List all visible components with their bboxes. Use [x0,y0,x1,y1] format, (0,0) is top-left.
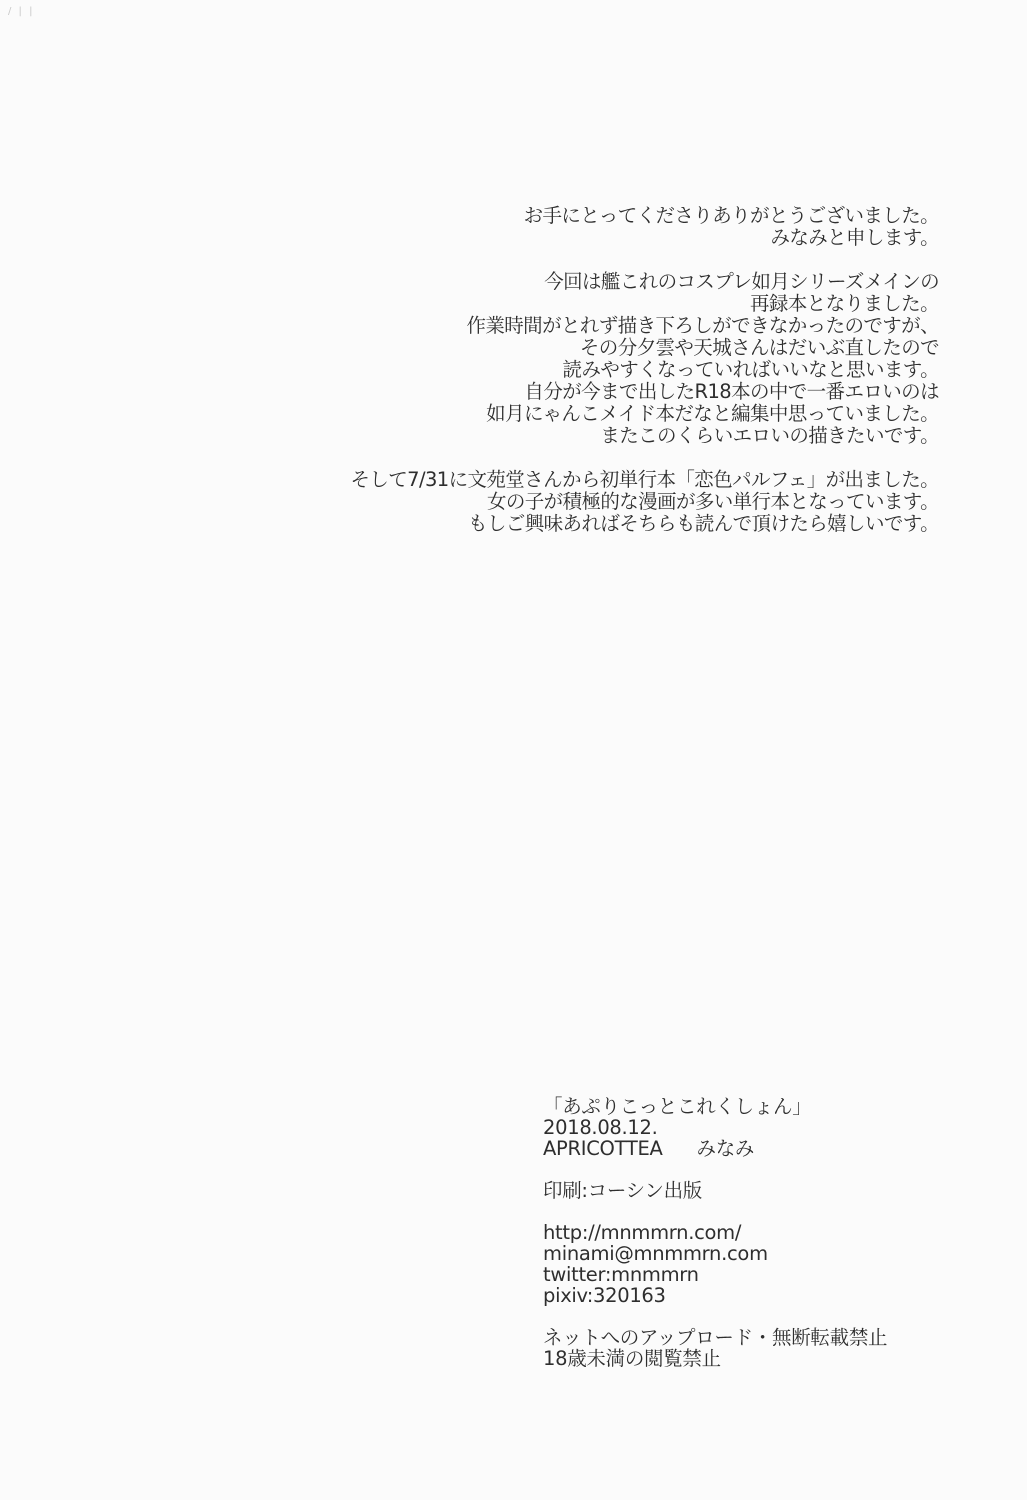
afterword-line: その分夕雲や天城さんはだいぶ直したので [350,337,939,359]
afterword: お手にとってくださりありがとうございました。 みなみと申します。 今回は艦これの… [350,205,939,557]
afterword-paragraph-book: 今回は艦これのコスプレ如月シリーズメインの 再録本となりました。 作業時間がとれ… [350,271,939,447]
afterword-paragraph-tankobon: そして7/31に文苑堂さんから初単行本「恋色パルフェ」が出ました。 女の子が積極… [350,469,939,535]
colophon-contacts: http://mnmmrn.com/ minami@mnmmrn.com twi… [543,1222,887,1306]
afterword-line: 如月にゃんこメイド本だなと編集中思っていました。 [350,403,939,425]
email: minami@mnmmrn.com [543,1243,887,1264]
colophon-publication: 「あぷりこっとこれくしょん」 2018.08.12. APRICOTTEAみなみ [543,1096,887,1159]
circle-name: APRICOTTEA [543,1137,663,1160]
colophon-printer: 印刷:コーシン出版 [543,1180,887,1201]
book-title: 「あぷりこっとこれくしょん」 [543,1096,887,1117]
website: http://mnmmrn.com/ [543,1222,887,1243]
afterword-line: 作業時間がとれず描き下ろしができなかったのですが、 [350,315,939,337]
colophon: 「あぷりこっとこれくしょん」 2018.08.12. APRICOTTEAみなみ… [543,1096,887,1390]
afterword-line: 今回は艦これのコスプレ如月シリーズメインの [350,271,939,293]
afterword-line: みなみと申します。 [350,227,939,249]
afterword-line: 再録本となりました。 [350,293,939,315]
afterword-line: またこのくらいエロいの描きたいです。 [350,425,939,447]
author-name: みなみ [697,1137,755,1160]
afterword-line: もしご興味あればそちらも読んで頂けたら嬉しいです。 [350,513,939,535]
circle-author-line: APRICOTTEAみなみ [543,1138,887,1159]
publication-date: 2018.08.12. [543,1117,887,1138]
age-notice: 18歳未満の閲覧禁止 [543,1348,887,1369]
afterword-line: お手にとってくださりありがとうございました。 [350,205,939,227]
afterword-line: 読みやすくなっていればいいなと思います。 [350,359,939,381]
scan-mark: / | | [8,6,34,17]
colophon-notices: ネットへのアップロード・無断転載禁止 18歳未満の閲覧禁止 [543,1327,887,1369]
afterword-line: そして7/31に文苑堂さんから初単行本「恋色パルフェ」が出ました。 [350,469,939,491]
printer: 印刷:コーシン出版 [543,1180,887,1201]
pixiv-id: pixiv:320163 [543,1285,887,1306]
twitter-handle: twitter:mnmmrn [543,1264,887,1285]
upload-notice: ネットへのアップロード・無断転載禁止 [543,1327,887,1348]
afterword-line: 女の子が積極的な漫画が多い単行本となっています。 [350,491,939,513]
afterword-paragraph-greeting: お手にとってくださりありがとうございました。 みなみと申します。 [350,205,939,249]
afterword-line: 自分が今まで出したR18本の中で一番エロいのは [350,381,939,403]
